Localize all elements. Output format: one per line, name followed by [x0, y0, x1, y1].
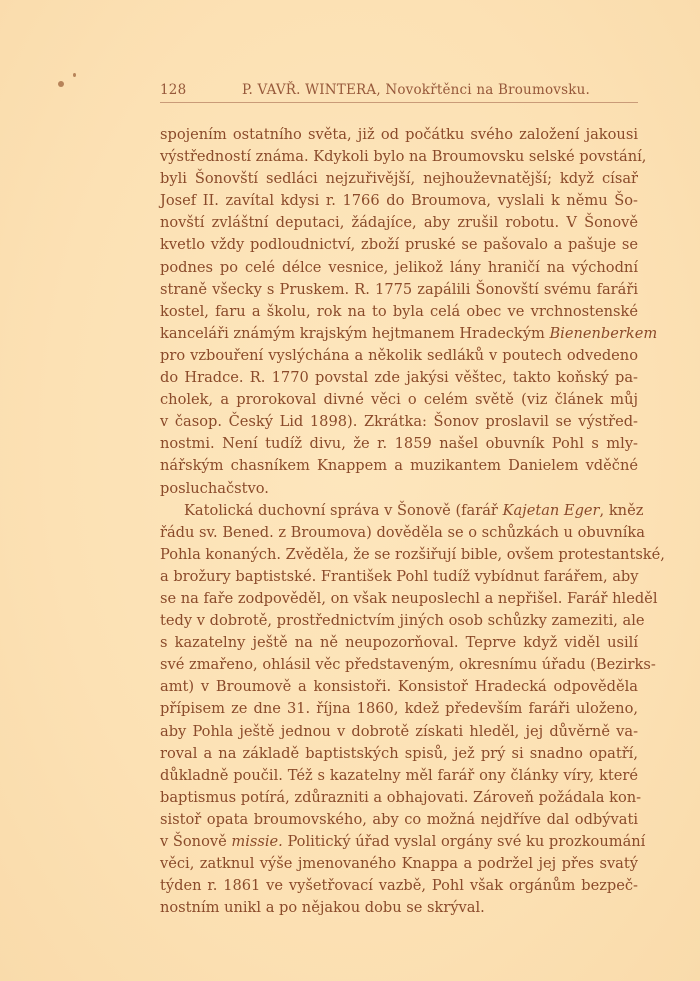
page-number: 128	[160, 82, 186, 98]
text-line: kostel, faru a školu, rok na to byla cel…	[160, 301, 638, 323]
text-line: amt) v Broumově a konsistoři. Konsistoř …	[160, 676, 638, 698]
text-line: baptismus potírá, zdůrazniti a obhajovat…	[160, 787, 638, 809]
text-line: cholek, a prorokoval divné věci o celém …	[160, 389, 638, 411]
text-line: spojením ostatního světa, již od počátku…	[160, 124, 638, 146]
text-fragment: Katolická duchovní správa v Šonově (fará…	[184, 502, 503, 519]
text-line: v časop. Český Lid 1898). Zkrátka: Šonov…	[160, 411, 638, 433]
text-line: roval a na základě baptistských spisů, j…	[160, 743, 638, 765]
text-line: důkladně poučil. Též s kazatelny měl far…	[160, 765, 638, 787]
text-line: nářským chasníkem Knappem a muzikantem D…	[160, 455, 638, 477]
scanned-book-page: 128 P. VAVŘ. WINTERA, Novokřtěnci na Bro…	[0, 0, 700, 981]
paragraph-1: spojením ostatního světa, již od počátku…	[160, 124, 638, 500]
text-fragment: , kněz	[600, 502, 644, 519]
text-line: se na faře zodpověděl, on však neuposlec…	[160, 588, 638, 610]
text-fragment: kanceláři známým krajským hejtmanem Hrad…	[160, 325, 549, 342]
text-line: své zmařeno, ohlásil věc představeným, o…	[160, 654, 638, 676]
running-title: P. VAVŘ. WINTERA, Novokřtěnci na Broumov…	[242, 82, 590, 98]
running-header: 128 P. VAVŘ. WINTERA, Novokřtěnci na Bro…	[160, 80, 638, 103]
text-line: tedy v dobrotě, prostřednictvím jiných o…	[160, 610, 638, 632]
text-line: do Hradce. R. 1770 povstal zde jakýsi vě…	[160, 367, 638, 389]
text-line: Katolická duchovní správa v Šonově (fará…	[160, 500, 638, 522]
text-line: přípisem ze dne 31. října 1860, kdež pře…	[160, 698, 638, 720]
italic-name: Kajetan Eger	[503, 502, 600, 519]
text-line: řádu sv. Bened. z Broumova) dověděla se …	[160, 522, 638, 544]
italic-word: missie.	[231, 833, 282, 850]
text-line: aby Pohla ještě jednou v dobrotě získati…	[160, 721, 638, 743]
text-line: věci, zatknul výše jmenovaného Knappa a …	[160, 853, 638, 875]
text-line: Pohla konaných. Zvěděla, že se rozšiřují…	[160, 544, 638, 566]
text-line: nostmi. Není tudíž divu, že r. 1859 naše…	[160, 433, 638, 455]
text-line: Josef II. zavítal kdysi r. 1766 do Broum…	[160, 190, 638, 212]
text-line: nostním unikl a po nějakou dobu se skrýv…	[160, 897, 638, 919]
italic-name: Bienenberkem	[549, 325, 657, 342]
text-line: v Šonově missie. Politický úřad vyslal o…	[160, 831, 638, 853]
text-line: novští zvláštní deputaci, žádajíce, aby …	[160, 212, 638, 234]
text-fragment: Politický úřad vyslal orgány své ku proz…	[283, 833, 646, 850]
text-line: posluchačstvo.	[160, 478, 638, 500]
text-line: podnes po celé délce vesnice, jelikož lá…	[160, 257, 638, 279]
text-line: kanceláři známým krajským hejtmanem Hrad…	[160, 323, 638, 345]
text-line: kvetlo vždy podloudnictví, zboží pruské …	[160, 234, 638, 256]
ink-speck	[58, 81, 64, 87]
text-line: pro vzbouření vyslýchána a několik sedlá…	[160, 345, 638, 367]
text-line: výstředností známa. Kdykoli bylo na Brou…	[160, 146, 638, 168]
text-line: a brožury baptistské. František Pohl tud…	[160, 566, 638, 588]
text-line: byli Šonovští sedláci nejzuřivější, nejh…	[160, 168, 638, 190]
text-line: sistoř opata broumovského, aby co možná …	[160, 809, 638, 831]
body-text: spojením ostatního světa, již od počátku…	[160, 124, 638, 919]
text-line: týden r. 1861 ve vyšetřovací vazbě, Pohl…	[160, 875, 638, 897]
text-line: s kazatelny ještě na ně neupozorňoval. T…	[160, 632, 638, 654]
paragraph-2: Katolická duchovní správa v Šonově (fará…	[160, 500, 638, 920]
ink-speck	[73, 73, 76, 77]
text-fragment: v Šonově	[160, 833, 231, 850]
text-line: straně všecky s Pruskem. R. 1775 zapálil…	[160, 279, 638, 301]
